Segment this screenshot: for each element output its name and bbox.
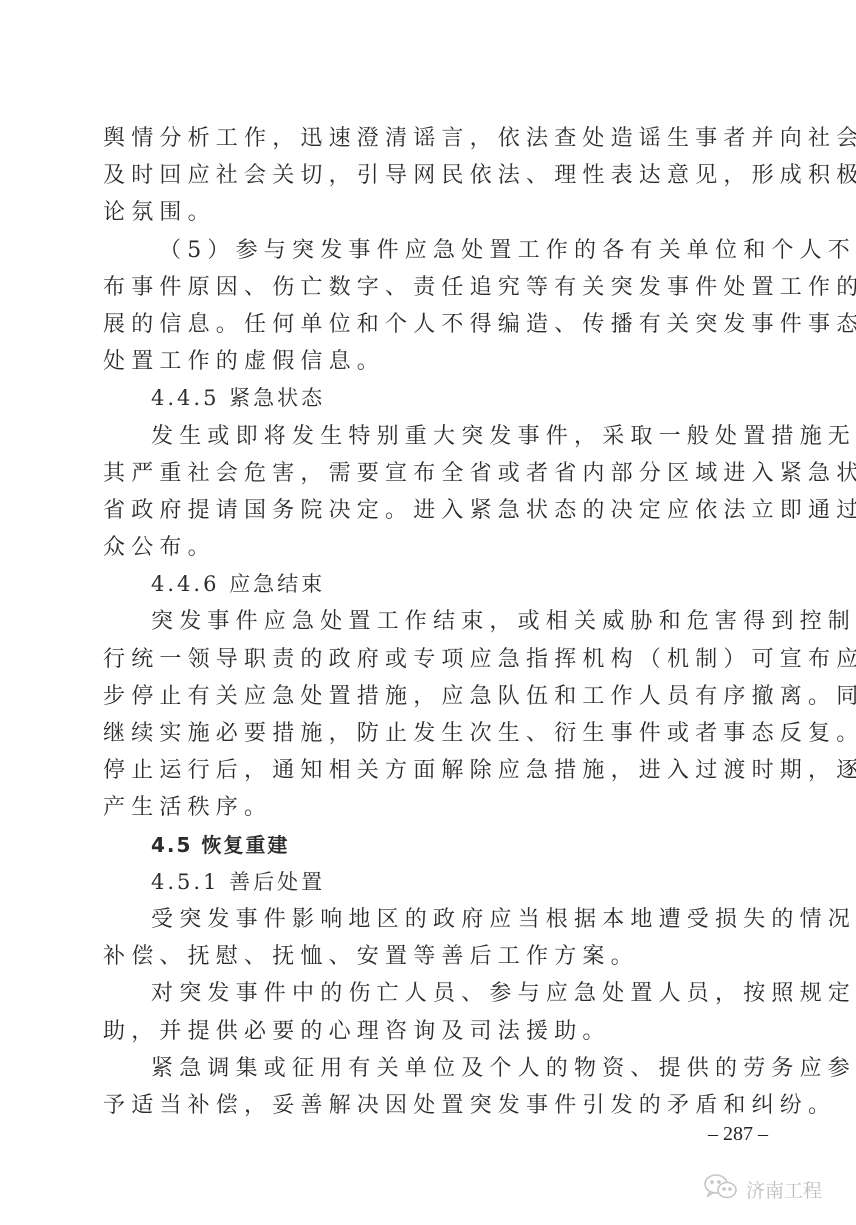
watermark-text: 济南工程 [746,1176,822,1203]
body-line-first: 受突发事件影响地区的政府应当根据本地遭受损失的情况，制定救助、 [103,901,787,938]
body-line: 予适当补偿，妥善解决因处置突发事件引发的矛盾和纠纷。 [103,1087,787,1124]
body-line: 处置工作的虚假信息。 [103,343,787,380]
body-line-first: 突发事件应急处置工作结束，或相关威胁和危害得到控制、消除后，履 [103,603,787,640]
body-line: 补偿、抚慰、抚恤、安置等善后工作方案。 [103,938,787,975]
body-line: 步停止有关应急处置措施，应急队伍和工作人员有序撤离。同时，采取或者 [103,678,787,715]
section-heading: 4.5.1 善后处置 [103,864,787,901]
body-line: 展的信息。任何单位和个人不得编造、传播有关突发事件事态发展或者应急 [103,306,787,343]
body-line: 舆情分析工作，迅速澄清谣言，依法查处造谣生事者并向社会公开揭露曝光， [103,120,787,157]
body-line: 产生活秩序。 [103,789,787,826]
page-number: – 287 – [708,1123,768,1146]
section-heading: 4.4.5 紧急状态 [103,380,787,417]
body-line: 行统一领导职责的政府或专项应急指挥机构（机制）可宣布应急结束，或逐 [103,641,787,678]
body-line-first: 发生或即将发生特别重大突发事件，采取一般处置措施无法控制和消除 [103,418,787,455]
body-line-first: （5）参与突发事件应急处置工作的各有关单位和个人不得擅自对外发 [103,232,787,269]
body-line: 省政府提请国务院决定。进入紧急状态的决定应依法立即通过新闻媒体向公 [103,492,787,529]
section-heading: 4.4.6 应急结束 [103,566,787,603]
body-line-first: 对突发事件中的伤亡人员、参与应急处置人员，按照规定给予抚恤、补 [103,975,787,1012]
body-line: 继续实施必要措施，防止发生次生、衍生事件或者事态反复。现场指挥机构 [103,715,787,752]
body-line: 众公布。 [103,529,787,566]
document-page: 舆情分析工作，迅速澄清谣言，依法查处造谣生事者并向社会公开揭露曝光， 及时回应社… [103,120,787,1124]
body-line: 其严重社会危害，需要宣布全省或者省内部分区域进入紧急状态的，依法由 [103,455,787,492]
body-line: 论氛围。 [103,194,787,231]
body-line: 停止运行后，通知相关方面解除应急措施，进入过渡时期，逐步恢复正常生 [103,752,787,789]
chapter-heading: 4.5 恢复重建 [103,827,787,864]
body-line: 助，并提供必要的心理咨询及司法援助。 [103,1013,787,1050]
body-line: 布事件原因、伤亡数字、责任追究等有关突发事件处置工作的情况和事态发 [103,269,787,306]
wechat-icon [702,1172,740,1207]
watermark: 济南工程 [702,1172,822,1207]
body-line-first: 紧急调集或征用有关单位及个人的物资、提供的劳务应参照市场价格给 [103,1050,787,1087]
body-line: 及时回应社会关切，引导网民依法、理性表达意见，形成积极健康的社会舆 [103,157,787,194]
